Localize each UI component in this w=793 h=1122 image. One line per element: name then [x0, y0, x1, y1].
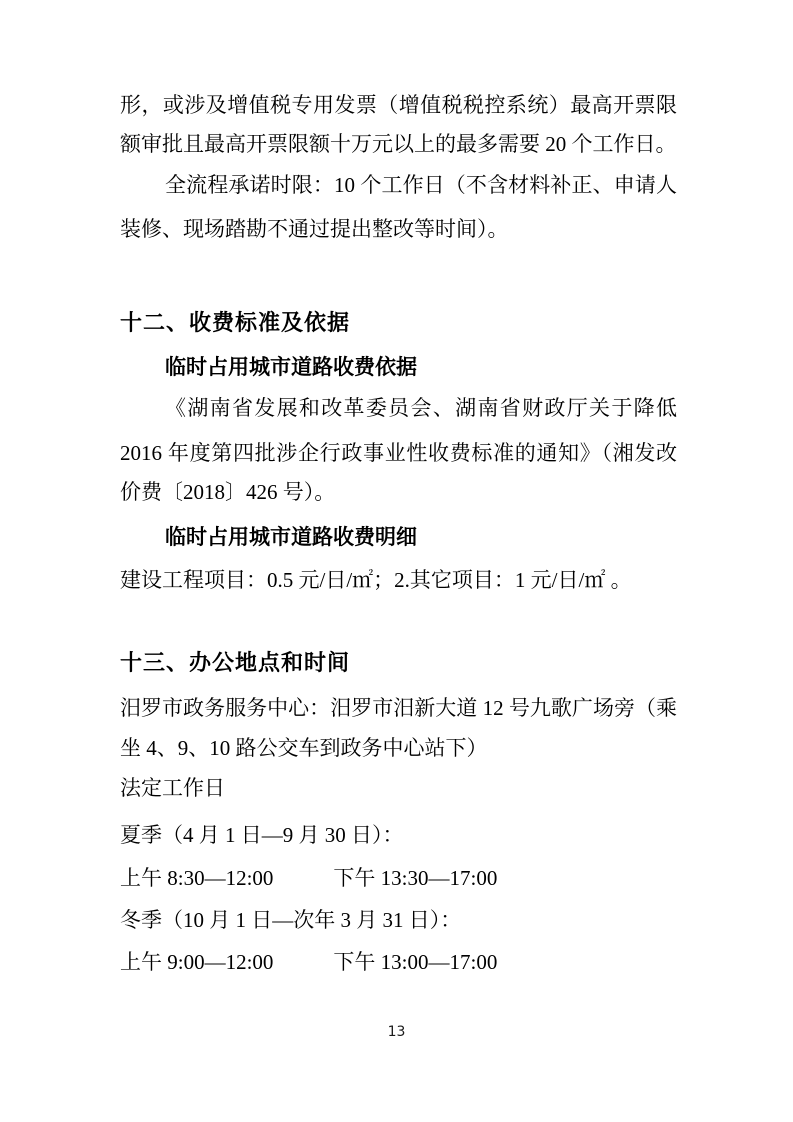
document-page: 形，或涉及增值税专用发票（增值税税控系统）最高开票限 额审批且最高开票限额十万元…: [0, 0, 793, 1122]
fee-basis-line-3: 价费〔2018〕426 号）。: [120, 475, 677, 509]
promise-paragraph-line-1: 全流程承诺时限：10 个工作日（不含材料补正、申请人: [120, 168, 677, 202]
summer-morning-hours: 上午 8:30—12:00: [120, 866, 273, 890]
winter-afternoon-hours: 下午 13:00—17:00: [333, 950, 497, 974]
promise-paragraph-line-2: 装修、现场踏勘不通过提出整改等时间）。: [120, 212, 677, 246]
winter-hours-row: 上午 9:00—12:00下午 13:00—17:00: [120, 945, 677, 979]
carryover-paragraph-line-1: 形，或涉及增值税专用发票（增值税税控系统）最高开票限: [120, 88, 677, 122]
fee-basis-line-1: 《湖南省发展和改革委员会、湖南省财政厅关于降低: [120, 391, 677, 425]
page-number: 13: [0, 1020, 793, 1044]
fee-basis-line-2: 2016 年度第四批涉企行政事业性收费标准的通知》（湘发改: [120, 436, 677, 470]
winter-season-label: 冬季（10 月 1 日—次年 3 月 31 日）：: [120, 903, 677, 937]
fee-basis-title: 临时占用城市道路收费依据: [120, 350, 677, 384]
summer-season-label: 夏季（4 月 1 日—9 月 30 日）：: [120, 818, 677, 852]
workday-line: 法定工作日: [120, 771, 677, 805]
section-12-heading: 十二、收费标准及依据: [120, 306, 677, 340]
office-address-line-1: 汨罗市政务服务中心：汨罗市汨新大道 12 号九歌广场旁（乘: [120, 691, 677, 725]
summer-hours-row: 上午 8:30—12:00下午 13:30—17:00: [120, 861, 677, 895]
summer-afternoon-hours: 下午 13:30—17:00: [333, 866, 497, 890]
fee-detail-line: 建设工程项目：0.5 元/日/㎡；2.其它项目：1 元/日/㎡ 。: [120, 563, 677, 597]
fee-detail-title: 临时占用城市道路收费明细: [120, 520, 677, 554]
carryover-paragraph-line-2: 额审批且最高开票限额十万元以上的最多需要 20 个工作日。: [120, 127, 677, 161]
winter-morning-hours: 上午 9:00—12:00: [120, 950, 273, 974]
section-13-heading: 十三、办公地点和时间: [120, 646, 677, 680]
office-address-line-2: 坐 4、9、10 路公交车到政务中心站下）: [120, 731, 677, 765]
